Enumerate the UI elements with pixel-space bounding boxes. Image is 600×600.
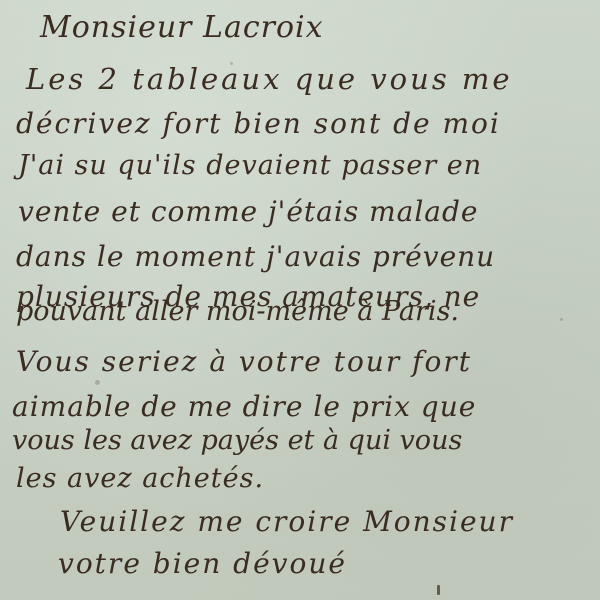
letter-line: pouvant aller moi-même à Paris. xyxy=(16,296,459,327)
paper-speck xyxy=(95,380,100,385)
letter-line: dans le moment j'avais prévenu xyxy=(16,240,495,273)
letter-line: aimable de me dire le prix que xyxy=(12,390,476,423)
letter-line: vous les avez payés et à qui vous xyxy=(12,425,462,456)
closing-line: Veuillez me croire Monsieur xyxy=(60,505,514,538)
closing-line: votre bien dévoué xyxy=(58,547,347,580)
letter-line: Vous seriez à votre tour fort xyxy=(16,345,472,378)
letter-line: J'ai su qu'ils devaient passer en xyxy=(18,150,482,181)
letter-page: Monsieur Lacroix Les 2 tableaux que vous… xyxy=(0,0,600,600)
letter-line: les avez achetés. xyxy=(16,463,264,494)
signature-fragment xyxy=(437,585,440,595)
paper-speck xyxy=(560,318,563,321)
letter-line: décrivez fort bien sont de moi xyxy=(16,107,501,140)
letter-line: Les 2 tableaux que vous me xyxy=(26,62,513,96)
salutation: Monsieur Lacroix xyxy=(40,10,324,45)
letter-line: vente et comme j'étais malade xyxy=(18,195,478,228)
